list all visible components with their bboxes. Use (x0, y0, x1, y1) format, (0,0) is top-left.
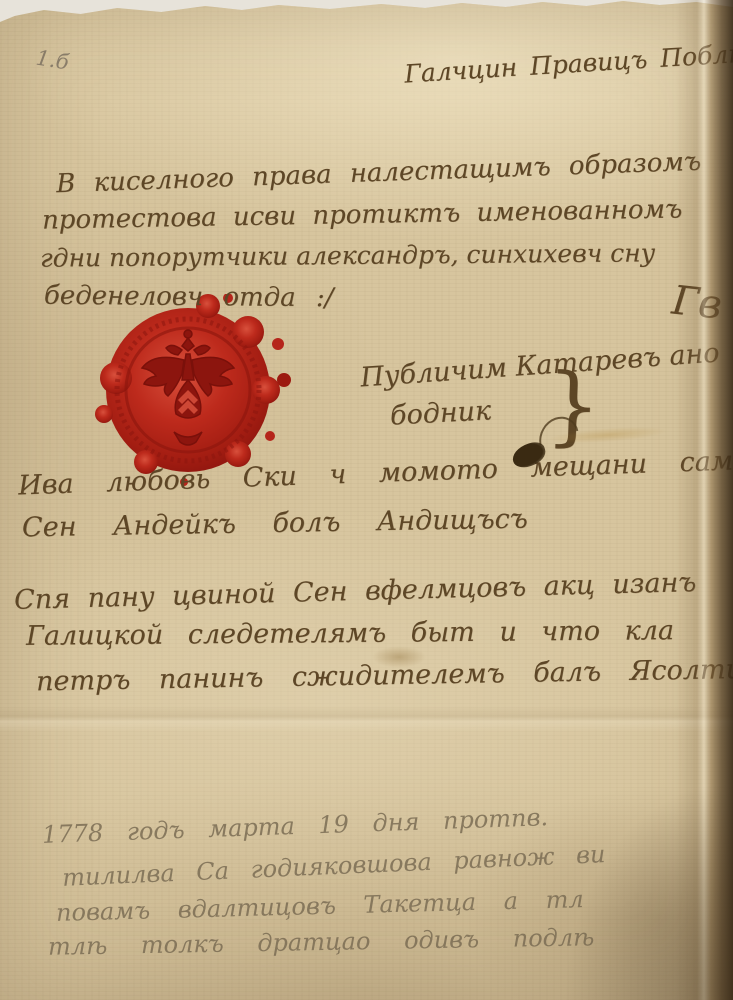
manuscript-line: гдни попорутчики александръ, синхихевч с… (40, 238, 655, 272)
fold-crease (0, 706, 733, 732)
manuscript-line: Галицкой следетелямъ быт и что кла (26, 615, 674, 652)
brown-smudge (372, 646, 426, 668)
corner-shadow (563, 780, 733, 1000)
scan-stage: 1.б Галчцин Правицъ Поблктъ В киселного … (0, 0, 733, 1000)
clerk-note-line: бодник (389, 395, 492, 431)
wax-seal (88, 294, 294, 486)
manuscript-line: беденеловч отда :/ (44, 281, 334, 314)
corner-folio-note: 1.б (34, 46, 70, 75)
